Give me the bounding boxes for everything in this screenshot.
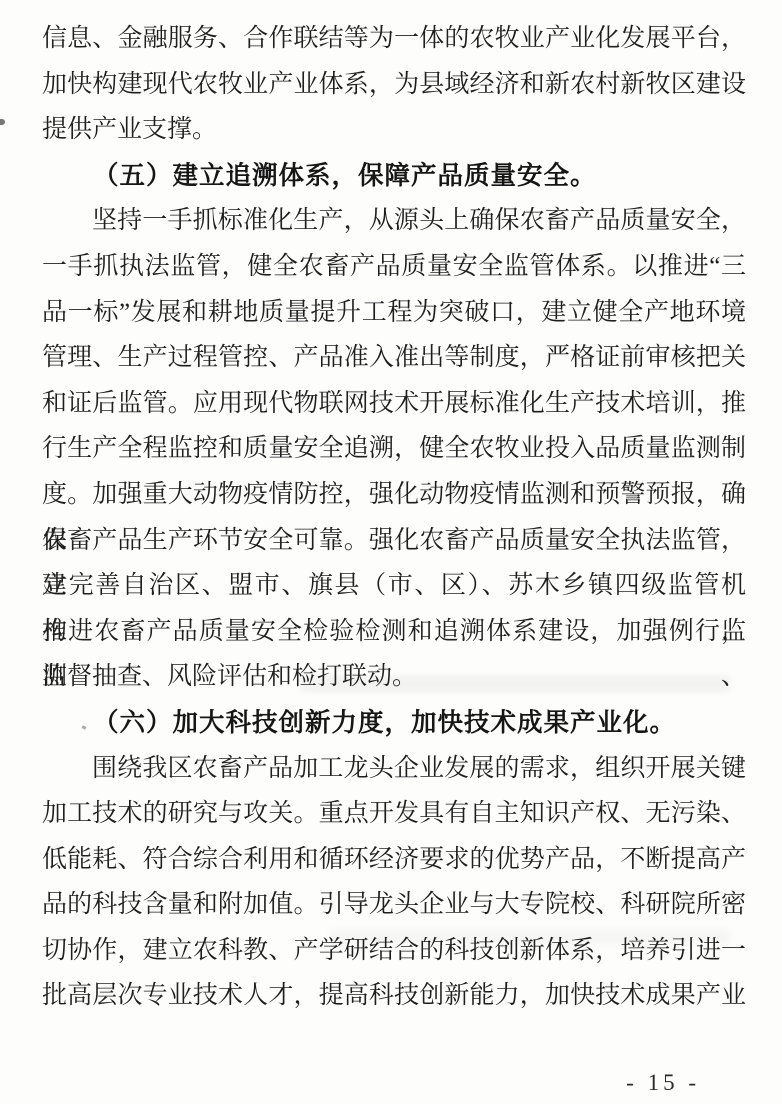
text-line: 农畜产品生产环节安全可靠。强化农畜产品质量安全执法监管，建 <box>42 518 746 564</box>
text-line: 一手抓执法监管，健全农畜产品质量安全监管体系。以推进“三 <box>42 244 746 290</box>
text-line: 行生产全程监控和质量安全追溯，健全农牧业投入品质量监测制 <box>42 426 746 472</box>
text-line: 推进农畜产品质量安全检验检测和追溯体系建设，加强例行监测、 <box>42 609 746 655</box>
text-line: 度。加强重大动物疫情防控，强化动物疫情监测和预警预报，确保 <box>42 472 746 518</box>
text-line: 信息、金融服务、合作联结等为一体的农牧业产业化发展平台， <box>42 16 746 62</box>
text-line: 加快构建现代农牧业产业体系，为县域经济和新农村新牧区建设 <box>42 62 746 108</box>
text-line: 低能耗、符合综合利用和循环经济要求的优势产品，不断提高产 <box>42 837 746 883</box>
scan-edge-mark <box>0 119 5 125</box>
text-line: 管理、生产过程管控、产品准入准出等制度，严格证前审核把关 <box>42 335 746 381</box>
text-line: 围绕我区农畜产品加工龙头企业发展的需求，组织开展关键 <box>42 746 746 792</box>
document-body: 信息、金融服务、合作联结等为一体的农牧业产业化发展平台， 加快构建现代农牧业产业… <box>42 16 746 1019</box>
text-line: 和证后监管。应用现代物联网技术开展标准化生产技术培训，推 <box>42 381 746 427</box>
text-line: 立完善自治区、盟市、旗县（市、区）、苏木乡镇四级监管机构， <box>42 563 746 609</box>
text-line: 坚持一手抓标准化生产，从源头上确保农畜产品质量安全， <box>42 198 746 244</box>
text-line: 加工技术的研究与攻关。重点开发具有自主知识产权、无污染、 <box>42 791 746 837</box>
text-line: 提供产业支撑。 <box>42 107 746 153</box>
section-heading-6: （六）加大科技创新力度，加快技术成果产业化。 <box>42 700 746 746</box>
scanned-document-page: 信息、金融服务、合作联结等为一体的农牧业产业化发展平台， 加快构建现代农牧业产业… <box>0 0 782 1104</box>
text-line: 切协作，建立农科教、产学研结合的科技创新体系，培养引进一 <box>42 928 746 974</box>
section-heading-5: （五）建立追溯体系，保障产品质量安全。 <box>42 153 746 199</box>
page-number: - 15 - <box>626 1070 700 1096</box>
text-line: 品一标”发展和耕地质量提升工程为突破口，建立健全产地环境 <box>42 290 746 336</box>
text-line: 批高层次专业技术人才，提高科技创新能力，加快技术成果产业 <box>42 973 746 1019</box>
text-line: 品的科技含量和附加值。引导龙头企业与大专院校、科研院所密 <box>42 882 746 928</box>
